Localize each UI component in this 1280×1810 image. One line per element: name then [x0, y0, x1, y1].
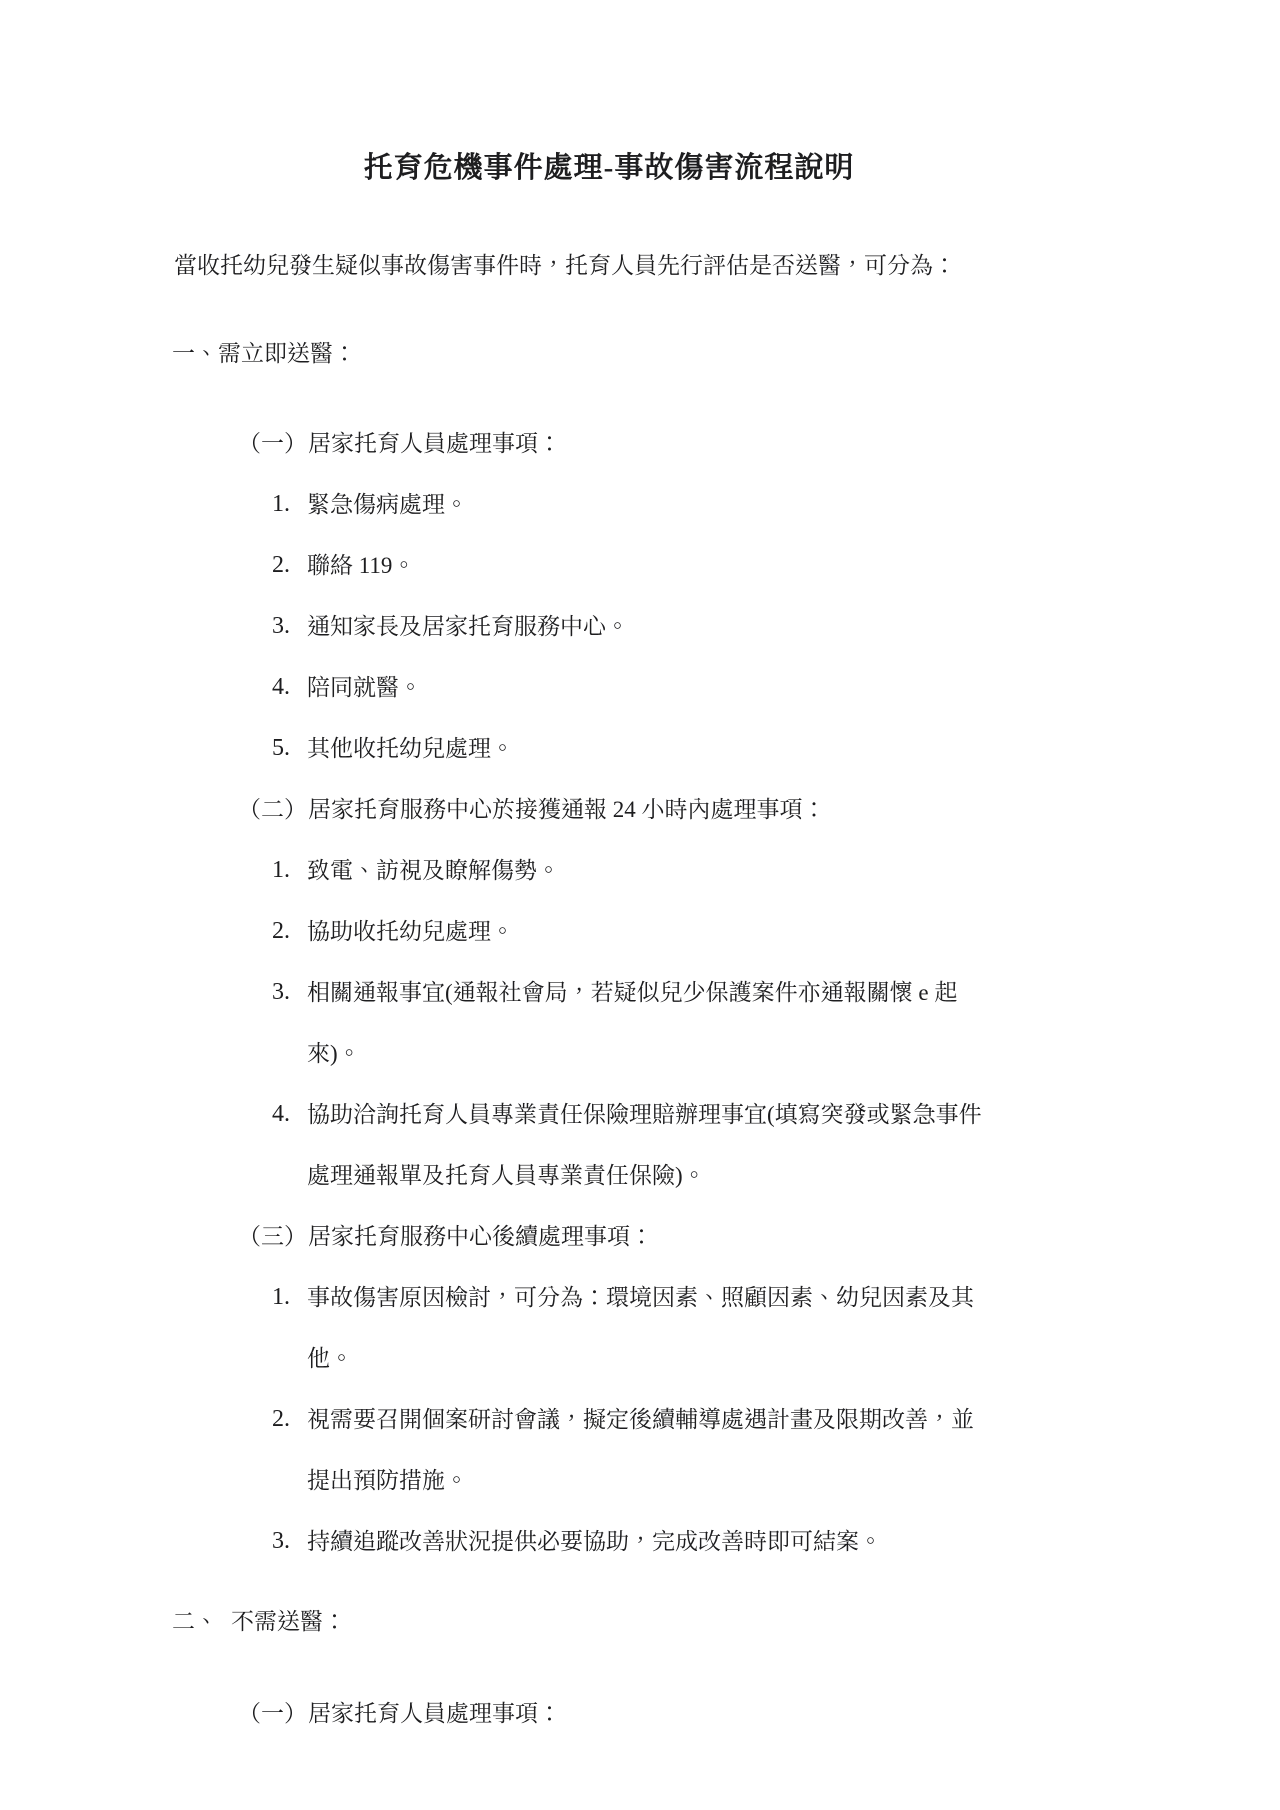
section-2-marker: 二、: [172, 1591, 218, 1652]
list-item: 1. 致電、訪視及瞭解傷勢。: [272, 840, 1280, 901]
section-2-title: 不需送醫：: [231, 1591, 346, 1652]
list-item-number: 5.: [272, 718, 307, 779]
list-item-number: 1.: [272, 1267, 307, 1389]
subsection-1-2-heading: （二） 居家托育服務中心於接獲通報 24 小時內處理事項：: [238, 779, 1280, 840]
subsection-1-2-marker: （二）: [238, 779, 308, 840]
list-item-text: 相關通報事宜(通報社會局，若疑似兒少保護案件亦通報關懷 e 起來)。: [307, 962, 987, 1084]
list-item-number: 3.: [272, 1511, 307, 1572]
list-item-number: 3.: [272, 962, 307, 1084]
list-item-text: 視需要召開個案研討會議，擬定後續輔導處遇計畫及限期改善，並提出預防措施。: [307, 1389, 987, 1511]
section-1-heading: 一、 需立即送醫：: [172, 323, 1280, 384]
list-item-number: 2.: [272, 535, 307, 596]
list-item-number: 2.: [272, 1389, 307, 1511]
list-item-text: 緊急傷病處理。: [307, 474, 987, 535]
list-item-number: 1.: [272, 840, 307, 901]
list-item: 2. 協助收托幼兒處理。: [272, 901, 1280, 962]
subsection-1-1-marker: （一）: [238, 413, 308, 474]
list-item-number: 2.: [272, 901, 307, 962]
subsection-2-1-title: 居家托育人員處理事項：: [308, 1683, 561, 1744]
list-item-text: 其他收托幼兒處理。: [307, 718, 987, 779]
subsection-1-3-marker: （三）: [238, 1206, 308, 1267]
list-item-text: 通知家長及居家托育服務中心。: [307, 596, 987, 657]
list-item: 1. 緊急傷病處理。: [272, 474, 1280, 535]
list-item-text: 聯絡 119。: [307, 535, 987, 596]
subsection-2-1-heading: （一） 居家托育人員處理事項：: [238, 1683, 1280, 1744]
list-item-text: 陪同就醫。: [307, 657, 987, 718]
document-title: 托育危機事件處理-事故傷害流程說明: [0, 146, 1218, 190]
list-item: 3. 相關通報事宜(通報社會局，若疑似兒少保護案件亦通報關懷 e 起來)。: [272, 962, 1280, 1084]
list-item-number: 4.: [272, 657, 307, 718]
section-1-title: 需立即送醫：: [218, 323, 356, 384]
list-item-text: 事故傷害原因檢討，可分為：環境因素、照顧因素、幼兒因素及其他。: [307, 1267, 987, 1389]
subsection-2-1: （一） 居家托育人員處理事項：: [0, 1683, 1280, 1744]
intro-paragraph: 當收托幼兒發生疑似事故傷害事件時，托育人員先行評估是否送醫，可分為：: [174, 235, 1170, 296]
list-item: 2. 視需要召開個案研討會議，擬定後續輔導處遇計畫及限期改善，並提出預防措施。: [272, 1389, 1280, 1511]
section-2-heading: 二、 不需送醫：: [172, 1591, 1280, 1652]
list-item-text: 持續追蹤改善狀況提供必要協助，完成改善時即可結案。: [307, 1511, 987, 1572]
section-1-marker: 一、: [172, 323, 218, 384]
list-item: 5. 其他收托幼兒處理。: [272, 718, 1280, 779]
list-item: 3. 持續追蹤改善狀況提供必要協助，完成改善時即可結案。: [272, 1511, 1280, 1572]
list-item: 4. 協助洽詢托育人員專業責任保險理賠辦理事宜(填寫突發或緊急事件處理通報單及托…: [272, 1084, 1280, 1206]
subsection-1-1-heading: （一） 居家托育人員處理事項：: [238, 413, 1280, 474]
subsection-1-3: （三） 居家托育服務中心後續處理事項： 1. 事故傷害原因檢討，可分為：環境因素…: [0, 1206, 1280, 1572]
subsection-1-2: （二） 居家托育服務中心於接獲通報 24 小時內處理事項： 1. 致電、訪視及瞭…: [0, 779, 1280, 1206]
subsection-1-1: （一） 居家托育人員處理事項： 1. 緊急傷病處理。 2. 聯絡 119。 3.…: [0, 413, 1280, 779]
list-item: 2. 聯絡 119。: [272, 535, 1280, 596]
list-item-number: 3.: [272, 596, 307, 657]
list-item-number: 1.: [272, 474, 307, 535]
subsection-2-1-marker: （一）: [238, 1683, 308, 1744]
list-item-text: 致電、訪視及瞭解傷勢。: [307, 840, 987, 901]
list-item: 3. 通知家長及居家托育服務中心。: [272, 596, 1280, 657]
subsection-1-3-title: 居家托育服務中心後續處理事項：: [308, 1206, 653, 1267]
list-item-text: 協助收托幼兒處理。: [307, 901, 987, 962]
subsection-1-1-title: 居家托育人員處理事項：: [308, 413, 561, 474]
subsection-1-2-title: 居家托育服務中心於接獲通報 24 小時內處理事項：: [308, 779, 826, 840]
subsection-1-3-heading: （三） 居家托育服務中心後續處理事項：: [238, 1206, 1280, 1267]
list-item-number: 4.: [272, 1084, 307, 1206]
list-item-text: 協助洽詢托育人員專業責任保險理賠辦理事宜(填寫突發或緊急事件處理通報單及托育人員…: [307, 1084, 987, 1206]
list-item: 4. 陪同就醫。: [272, 657, 1280, 718]
document-page: 托育危機事件處理-事故傷害流程說明 當收托幼兒發生疑似事故傷害事件時，托育人員先…: [0, 0, 1280, 1810]
list-item: 1. 事故傷害原因檢討，可分為：環境因素、照顧因素、幼兒因素及其他。: [272, 1267, 1280, 1389]
